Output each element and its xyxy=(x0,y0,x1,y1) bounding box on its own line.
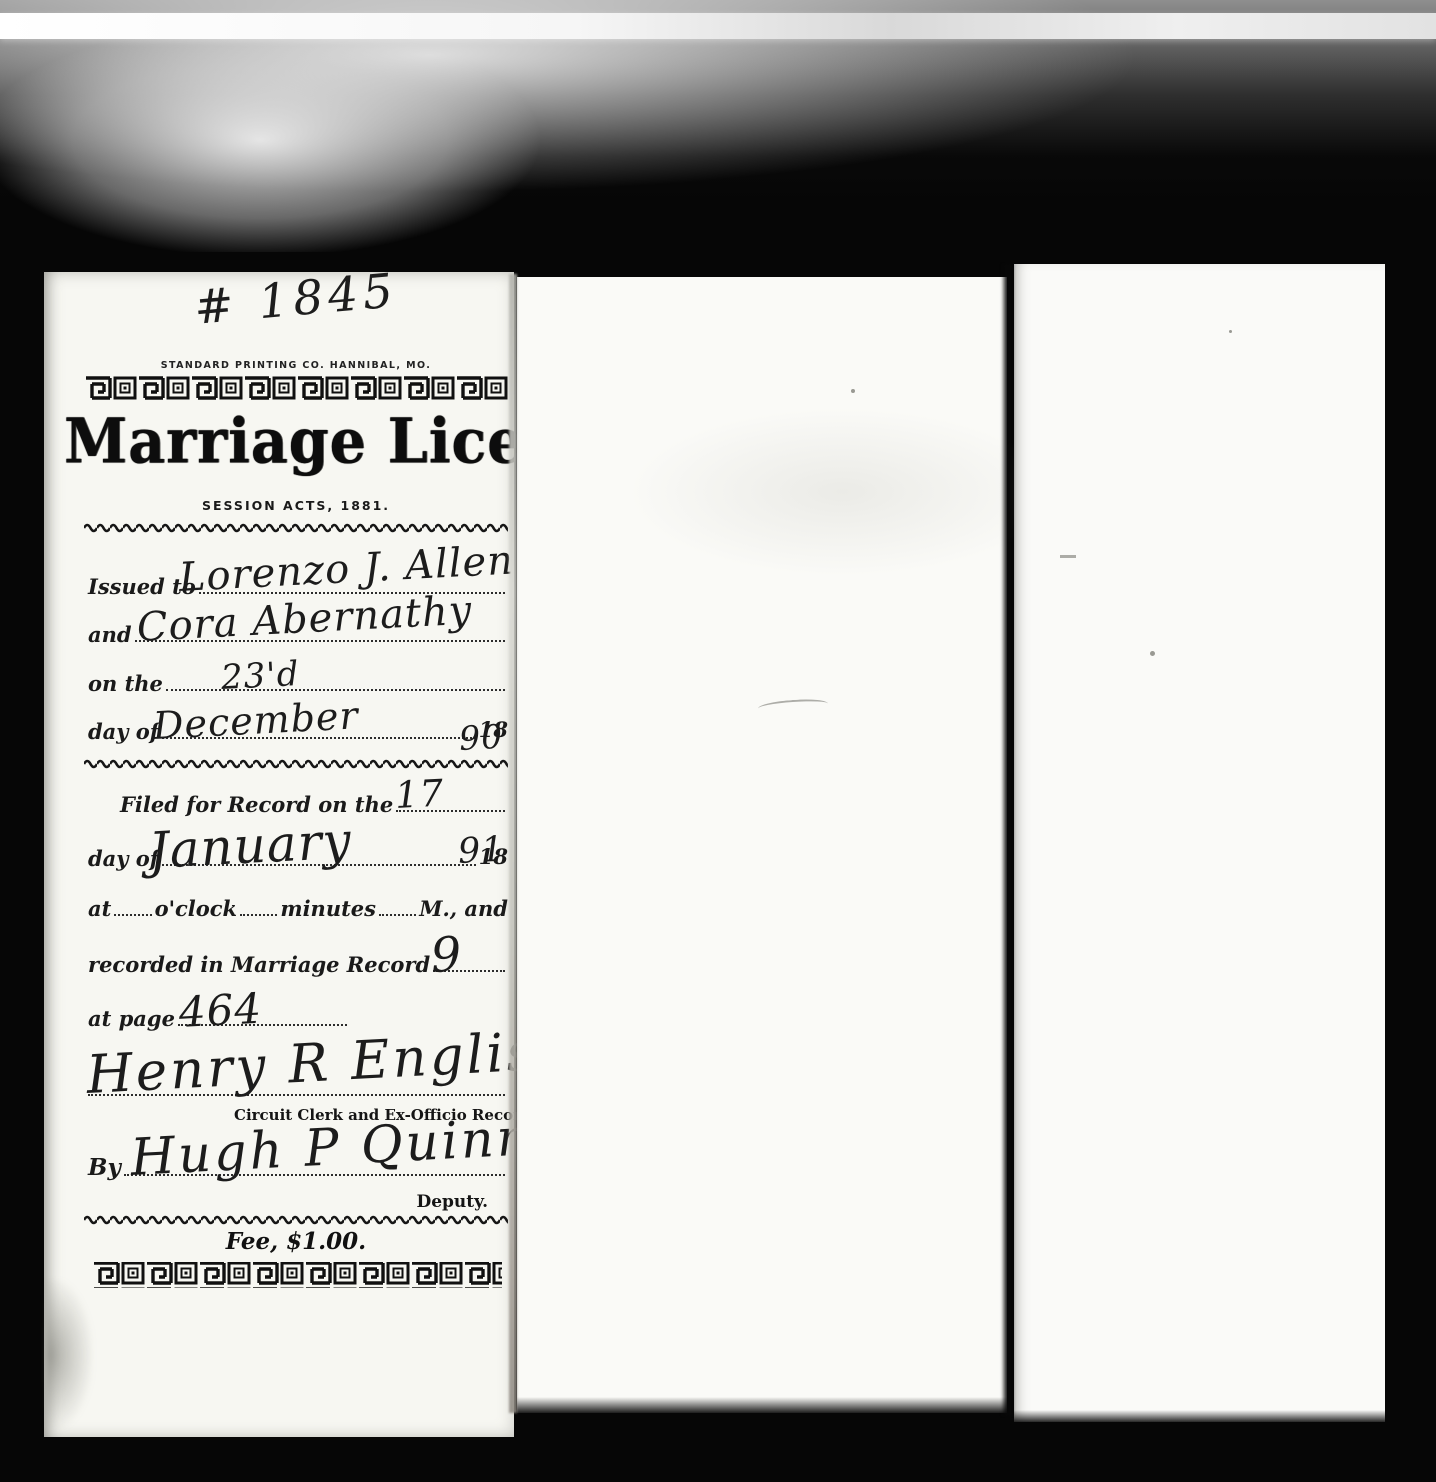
handwritten-year: 90 xyxy=(458,720,504,755)
scan-speck xyxy=(851,389,855,393)
deputy-title: Deputy. xyxy=(416,1192,488,1212)
field-record-book: recorded in Marriage Record 9 xyxy=(88,948,508,978)
handwritten-record-book: 9 xyxy=(429,930,463,980)
field-record-page: at page 464 xyxy=(88,1002,350,1032)
handwritten-filed-year: 91 xyxy=(458,833,506,870)
dotted-line xyxy=(240,913,277,916)
field-on-the: on the 23'd xyxy=(88,667,508,697)
field-filed-month: day of 18 January 91 xyxy=(88,842,508,872)
field-label-at: at xyxy=(88,898,111,922)
scanned-microfilm-page: # 1845 STANDARD PRINTING CO. HANNIBAL, M… xyxy=(0,0,1436,1482)
field-label: recorded in Marriage Record xyxy=(88,954,430,978)
handwritten-record-page: 464 xyxy=(178,988,263,1034)
handwritten-filed-day: 17 xyxy=(394,774,445,814)
greek-key-border-bottom xyxy=(92,1260,502,1290)
scan-scratch xyxy=(1060,555,1076,558)
fee-line: Fee, $1.00. xyxy=(84,1228,508,1255)
dotted-line xyxy=(379,913,416,916)
dotted-line xyxy=(166,688,505,691)
field-label: at page xyxy=(88,1008,175,1032)
by-label: By xyxy=(88,1156,121,1182)
license-stub-panel: # 1845 STANDARD PRINTING CO. HANNIBAL, M… xyxy=(44,272,514,1437)
blank-panel-middle xyxy=(517,277,1007,1413)
field-label-oclock: o'clock xyxy=(155,898,238,922)
printer-imprint: STANDARD PRINTING CO. HANNIBAL, MO. xyxy=(84,360,508,371)
field-label: and xyxy=(88,624,132,648)
film-white-band xyxy=(0,13,1436,39)
scan-speck xyxy=(1229,330,1232,333)
greek-key-border-top xyxy=(84,375,508,403)
field-label: on the xyxy=(88,673,163,697)
dotted-line xyxy=(114,913,151,916)
field-label-minutes: minutes xyxy=(280,898,376,922)
film-exposure-glow xyxy=(0,0,1436,252)
license-number: # 1845 xyxy=(192,263,400,336)
wavy-divider-top xyxy=(84,522,508,534)
scan-speck xyxy=(1150,651,1155,656)
field-label: Filed for Record on the xyxy=(120,794,393,818)
wavy-divider-bottom xyxy=(84,1214,508,1226)
field-label: day of xyxy=(88,721,159,745)
document-subtitle: SESSION ACTS, 1881. xyxy=(84,498,508,513)
handwritten-filed-month: January xyxy=(147,815,353,876)
field-time: at o'clock minutes M., and xyxy=(88,892,508,922)
clerk-signature-line: Henry R English xyxy=(88,1072,508,1102)
document-title: Marriage License. xyxy=(64,405,528,477)
wavy-divider-middle xyxy=(84,758,508,770)
blank-panel-right xyxy=(1014,264,1385,1422)
handwritten-clerk-signature: Henry R English xyxy=(85,1024,575,1102)
handwritten-month: December xyxy=(152,696,359,745)
field-and: and Cora Abernathy xyxy=(88,618,508,648)
field-day-of-month: day of 18 December 90 xyxy=(88,715,508,745)
handwritten-day: 23'd xyxy=(220,657,300,695)
deputy-signature-line: By Hugh P Quinn xyxy=(88,1152,508,1182)
field-label-meridiem: M., and xyxy=(419,898,508,922)
